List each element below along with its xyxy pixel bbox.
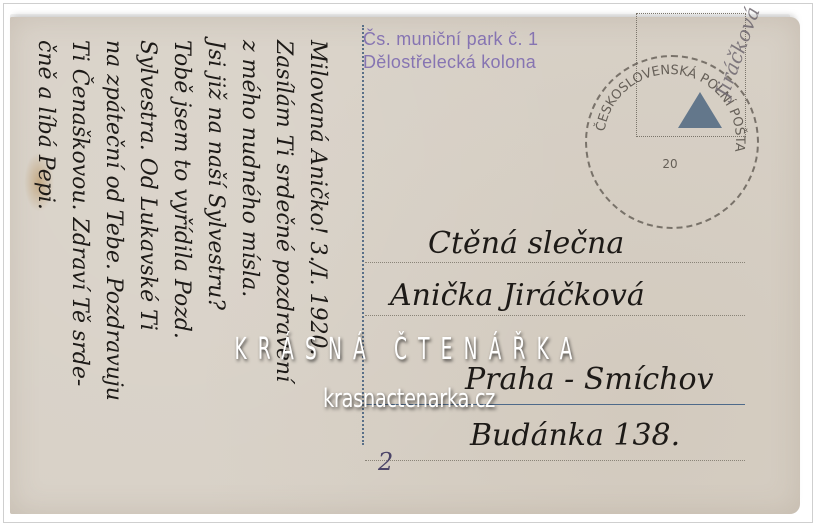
message-line-7: na zpáteční od Tebe. Pozdravuju <box>96 40 130 480</box>
address-salutation: Ctěná slečna <box>428 226 624 261</box>
triangle-stamp-icon <box>678 92 722 128</box>
message-line-3: z mého nudného mísla. <box>232 40 266 480</box>
address-rule-2 <box>365 315 745 316</box>
unit-stamp-line-1: Čs. muniční park č. 1 <box>363 28 538 51</box>
message-line-4: Jsi již na naší Sylvestru? <box>198 40 232 480</box>
message-line-6: Sylvestra. Od Lukavské Ti <box>130 40 164 480</box>
watermark-url: krasnactenarka.cz <box>102 384 716 414</box>
message-line-8: Ti Čenaškovou. Zdraví Tě srde- <box>62 40 96 480</box>
message-line-5: Tobě jsem to vyřídila Pozd. <box>164 40 198 480</box>
svg-text:20: 20 <box>662 157 677 171</box>
message-line-9: čně a líbá Pepi. <box>28 40 62 480</box>
card-divider-line <box>362 25 364 445</box>
address-street: Budánka 138. <box>470 418 680 453</box>
unit-stamp-line-2: Dělostřelecká kolona <box>363 51 538 74</box>
message-line-1: Milovaná Aničko! 3./I. 1920. <box>300 40 334 480</box>
margin-note: 2 <box>378 448 393 476</box>
address-recipient-name: Anička Jiráčková <box>390 278 645 313</box>
address-rule-1 <box>365 262 745 263</box>
message-line-2: Zasílám Ti srdečné pozdravení <box>266 40 300 480</box>
unit-stamp: Čs. muniční park č. 1 Dělostřelecká kolo… <box>363 28 538 74</box>
address-rule-4 <box>365 460 745 461</box>
watermark-title: KRÁSNÁ ČTENÁŘKA <box>155 332 662 367</box>
